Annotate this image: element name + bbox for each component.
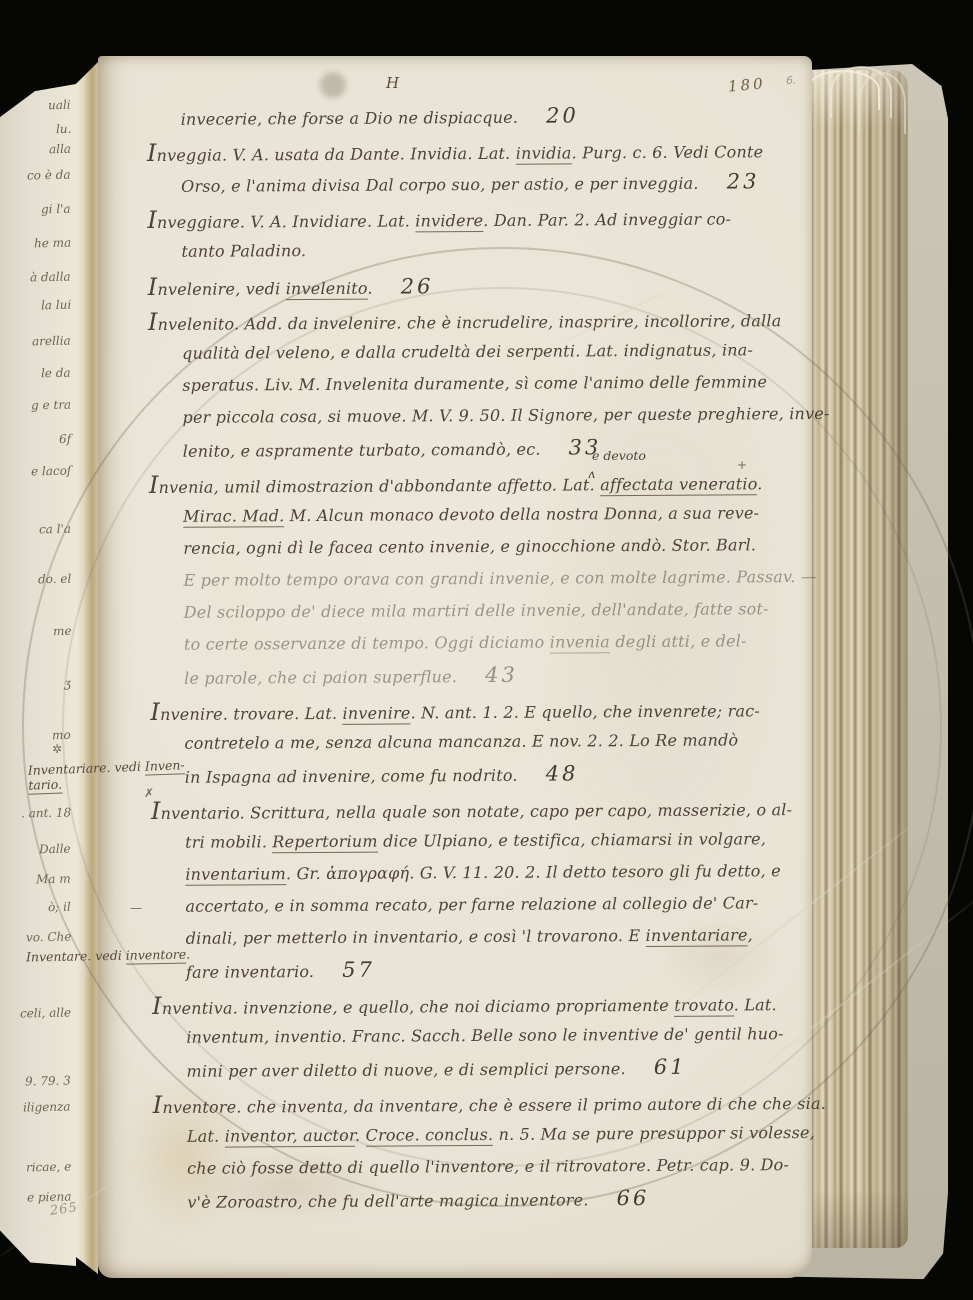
ink-mark: 6. <box>786 74 797 87</box>
underlined-word: inventor, auctor <box>225 1126 355 1148</box>
manuscript-line: v'è Zoroastro, che fu dell'arte magica i… <box>187 1181 813 1217</box>
page-fore-edges <box>800 70 908 1248</box>
manuscript-line: inventarium. Gr. ἀπογραφή. G. V. 11. 20.… <box>185 855 811 891</box>
underlined-word: invenire <box>342 703 410 724</box>
facing-page-text-fragment: 9. 79. 3 <box>25 1074 71 1089</box>
manuscript-line: che ciò fosse detto di quello l'inventor… <box>187 1149 813 1185</box>
manuscript-line: Inveggia. V. A. usata da Dante. Invidia.… <box>147 133 807 169</box>
manuscript-line: Del sciloppo de' diece mila martiri dell… <box>184 593 810 629</box>
underlined-word: inventore <box>126 947 187 965</box>
facing-page-text-fragment: ʒ <box>64 676 71 690</box>
facing-page-text-fragment: la lui <box>41 298 72 313</box>
manuscript-line: speratus. Liv. M. Invelenita duramente, … <box>182 366 808 402</box>
facing-page-text-fragment: Dalle <box>39 842 71 857</box>
manuscript-line: contretelo a me, senza alcuna mancanza. … <box>184 724 810 760</box>
ink-mark: + <box>737 458 747 472</box>
manuscript-line: in Ispagna ad invenire, come fu nodrito.… <box>185 756 811 792</box>
quote-count-number: 43 <box>485 663 518 687</box>
underlined-word: inventarium <box>185 864 286 886</box>
underlined-word: Croce. conclus. <box>366 1125 494 1147</box>
facing-page-text-fragment: g e tra <box>31 398 71 413</box>
underlined-word: invelenito <box>286 279 368 300</box>
facing-page-text-fragment: le da <box>41 366 71 381</box>
manuscript-line: invecerie, che forse a Dio ne dispiacque… <box>181 98 807 134</box>
manuscript-line: dinali, per metterlo in inventario, e co… <box>186 919 812 955</box>
facing-page-text-fragment: do. el <box>38 572 72 587</box>
facing-page-text-fragment: ca l'a <box>39 522 71 537</box>
manuscript-line: fare inventario.57 <box>186 951 812 987</box>
underlined-word: invidere <box>415 211 483 232</box>
quote-count-number: 20 <box>546 103 579 127</box>
manuscript-line: accertato, e in somma recato, per farne … <box>185 887 811 923</box>
facing-page-text-fragment: à dalla <box>30 270 71 285</box>
facing-page-text-fragment: Ma m <box>36 872 71 887</box>
manuscript-line: Invenia, umil dimostrazion d'abbondante … <box>149 465 809 501</box>
inserted-correction: ʌ <box>588 466 595 481</box>
manuscript-line: Lat. inventor, auctor. Croce. conclus. n… <box>187 1117 813 1153</box>
facing-page-text-fragment: . ant. 18 <box>21 805 72 820</box>
facing-page-text-fragment: lu. <box>55 122 71 136</box>
facing-page-text-fragment: uali <box>48 98 71 112</box>
manuscript-line: Inventore. che inventa, da inventare, ch… <box>153 1085 813 1121</box>
facing-page-text-fragment: co è da <box>27 168 71 183</box>
manuscript-line: Inventario. Scrittura, nella quale son n… <box>151 791 811 827</box>
ink-mark: — <box>130 901 142 915</box>
quote-count-number: 61 <box>654 1055 687 1079</box>
manuscript-line: Invenire. trovare. Lat. invenire. N. ant… <box>150 692 810 728</box>
manuscript-line: Inventiva. invenzione, e quello, che noi… <box>152 986 812 1022</box>
photographed-manuscript-book: ualilu.allaco è dagi l'ahe maà dallala l… <box>0 0 973 1300</box>
quote-count-number: 26 <box>401 274 434 298</box>
underlined-word: Mirac. Mad. <box>183 506 284 528</box>
manuscript-page: 180 invecerie, che forse a Dio ne dispia… <box>98 56 812 1278</box>
underlined-word: inventariare <box>646 925 748 947</box>
manuscript-line: lenito, e aspramente turbato, comandò, e… <box>183 430 809 466</box>
manuscript-line: inventum, inventio. Franc. Sacch. Belle … <box>186 1018 812 1054</box>
ink-mark: ✗ <box>144 786 154 800</box>
manuscript-line: Orso, e l'anima divisa Dal corpo suo, pe… <box>181 165 807 201</box>
quote-count-number: 48 <box>546 761 579 785</box>
facing-page-text-fragment: me <box>52 624 71 638</box>
manuscript-line: E per molto tempo orava con grandi inven… <box>183 561 809 597</box>
ink-mark: H <box>386 74 400 92</box>
manuscript-line: qualità del veleno, e dalla crudeltà dei… <box>182 334 808 370</box>
facing-page-edge: ualilu.allaco è dagi l'ahe maà dallala l… <box>0 84 76 1266</box>
underlined-word: trovato <box>674 995 734 1016</box>
margin-note: Inventariare. vedi Inven-tario. <box>28 757 186 792</box>
margin-note-line: Inventare. vedi inventore. <box>26 947 190 965</box>
manuscript-line: mini per aver diletto di nuove, e di sem… <box>186 1050 812 1086</box>
quote-count-number: 66 <box>616 1186 649 1210</box>
facing-page-text-fragment: alla <box>49 142 71 156</box>
manuscript-line: Inveggiare. V. A. Invidiare. Lat. invide… <box>147 200 807 236</box>
margin-note: Inventare. vedi inventore. <box>26 947 190 965</box>
manuscript-line: le parole, che ci paion superflue.43 <box>184 657 810 693</box>
facing-page-text-fragment: he ma <box>34 236 71 251</box>
facing-page-text-fragment: gi l'a <box>41 202 71 217</box>
paper-stain <box>320 72 346 98</box>
facing-page-text-fragment: e lacoſ <box>31 464 72 479</box>
underlined-word: affectata veneratio <box>600 474 757 496</box>
underlined-word: invidia <box>516 143 572 164</box>
manuscript-line: per piccola cosa, si muove. M. V. 9. 50.… <box>182 398 808 434</box>
manuscript-line: tanto Paladino. <box>181 232 807 268</box>
facing-page-text-fragment: iligenza <box>23 1100 71 1115</box>
underlined-word: Repertorium <box>272 832 378 854</box>
inserted-correction: e devoto <box>592 448 646 463</box>
manuscript-line: to certe osservanze di tempo. Oggi dicia… <box>184 625 810 661</box>
page-edge-curl <box>858 72 906 134</box>
book-gutter <box>76 62 98 1274</box>
facing-page-text-fragment: celi, alle <box>20 1005 71 1020</box>
manuscript-line: Mirac. Mad. M. Alcun monaco devoto della… <box>183 497 809 533</box>
facing-page-text-fragment: arellia <box>32 334 71 349</box>
manuscript-line: rencia, ogni dì le facea cento invenie, … <box>183 529 809 565</box>
facing-page-text-fragment: ricae, e <box>26 1160 72 1175</box>
ink-mark: ✲ <box>52 742 62 756</box>
facing-page-text-fragment: mo <box>52 728 71 742</box>
facing-page-text-fragment: vo. Che <box>25 930 71 945</box>
underlined-word: tario. <box>28 777 62 795</box>
folio-number-top: 180 <box>727 74 766 95</box>
facing-page-text-fragment: 6f <box>59 432 71 446</box>
manuscript-line: Invelenire, vedi invelenito.26 <box>148 267 808 303</box>
dictionary-entries-text: invecerie, che forse a Dio ne dispiacque… <box>147 98 814 1217</box>
underlined-word: Inven- <box>145 757 185 775</box>
quote-count-number: 57 <box>342 958 375 982</box>
manuscript-line: tri mobili. Repertorium dice Ulpiano, e … <box>185 823 811 859</box>
underlined-word: invenia <box>550 632 610 653</box>
facing-page-text-fragment: ò; il <box>48 900 71 914</box>
quote-count-number: 23 <box>727 169 760 193</box>
manuscript-line: Invelenito. Add. da invelenire. che è in… <box>148 302 808 338</box>
